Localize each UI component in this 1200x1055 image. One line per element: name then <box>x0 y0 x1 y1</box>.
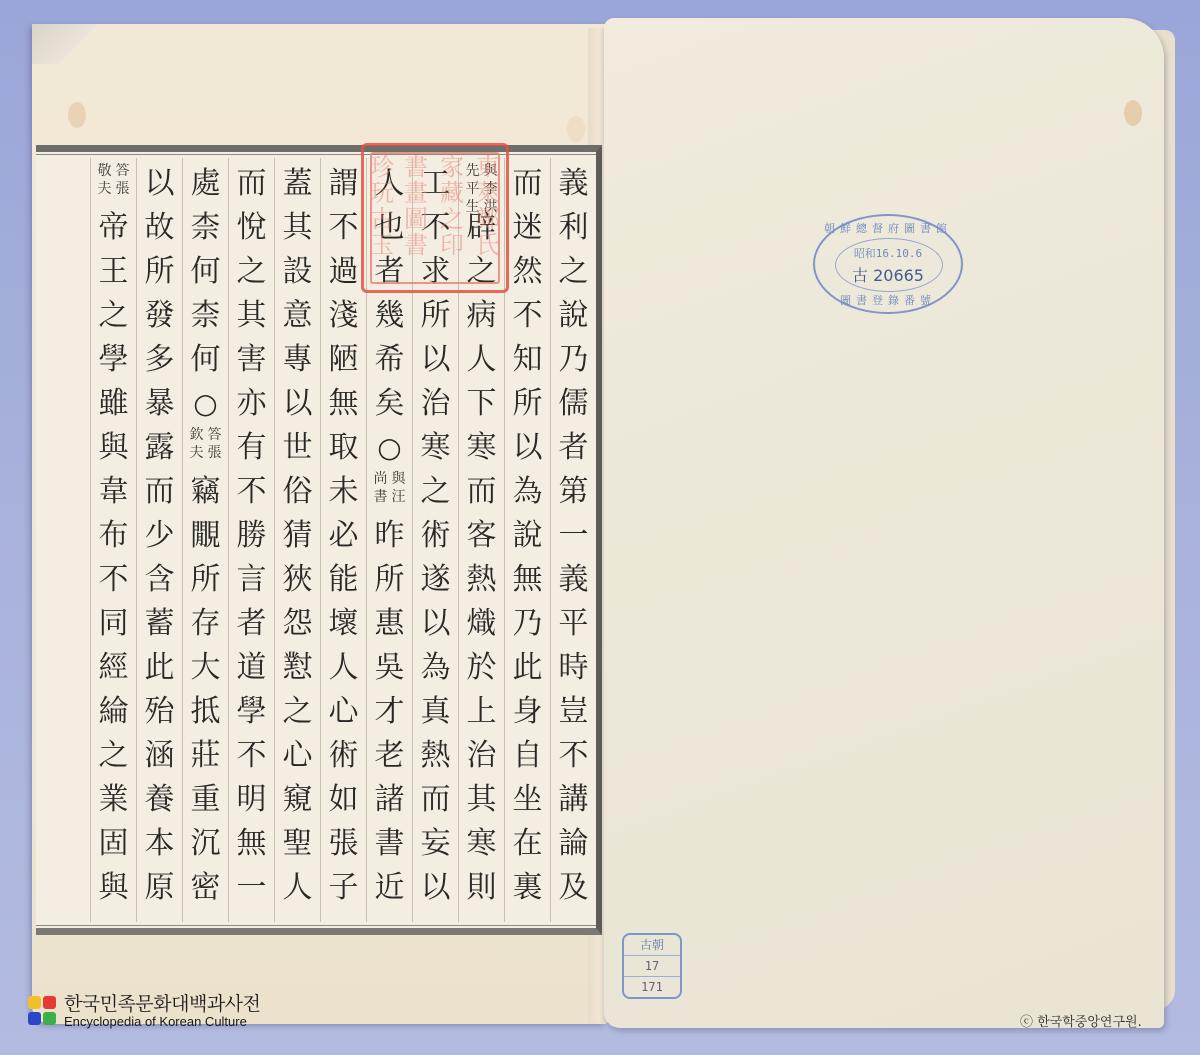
character: 謂 <box>329 162 359 206</box>
character: 無 <box>513 558 543 602</box>
character: 竊 <box>191 470 221 514</box>
character: 何 <box>191 338 221 382</box>
text-column: 以故所發多暴露而少含蓄此殆涵養本原 <box>136 158 182 922</box>
character: 意 <box>283 294 313 338</box>
character: 以 <box>421 338 451 382</box>
character: 諸 <box>375 778 405 822</box>
character: 何 <box>191 250 221 294</box>
character: 一 <box>237 866 267 910</box>
character: 不 <box>329 206 359 250</box>
character: 露 <box>145 426 175 470</box>
character: 少 <box>145 514 175 558</box>
character: 過 <box>329 250 359 294</box>
character: 之 <box>237 250 267 294</box>
character: 於 <box>467 646 497 690</box>
character: 雖 <box>99 382 129 426</box>
character: 治 <box>421 382 451 426</box>
character: 人 <box>329 646 359 690</box>
character: 義 <box>559 558 589 602</box>
character: 說 <box>513 514 543 558</box>
interlinear-note: 答張欽夫 <box>190 426 222 470</box>
text-column: 工不求所以治寒之術遂以為真熱而妄以 <box>412 158 458 922</box>
character: 明 <box>237 778 267 822</box>
character: 近 <box>375 866 405 910</box>
character: 以 <box>421 602 451 646</box>
character: 而 <box>145 470 175 514</box>
character: 與 <box>99 426 129 470</box>
character: 道 <box>237 646 267 690</box>
character: 養 <box>145 778 175 822</box>
character: 寒 <box>421 426 451 470</box>
character: 專 <box>283 338 313 382</box>
character: 講 <box>559 778 589 822</box>
logo-english-title: Encyclopedia of Korean Culture <box>64 1015 260 1029</box>
text-column: 與李洪先平生辟之病人下寒而客熱熾於上治其寒則 <box>458 158 504 922</box>
character: 猜 <box>283 514 313 558</box>
folded-corner <box>32 24 102 64</box>
stamp-ring-top-text: 朝鮮總督府圖書館 <box>815 220 961 236</box>
character: 之 <box>283 690 313 734</box>
character: 密 <box>191 866 221 910</box>
character: 以 <box>513 426 543 470</box>
character: ○ <box>377 426 401 470</box>
logo-mark-icon <box>28 996 58 1028</box>
character: 也 <box>375 206 405 250</box>
printed-text-frame: 義利之說乃儒者第一義平時豈不講論及而迷然不知所以為說無乃此身自坐在裏與李洪先平生… <box>36 145 602 935</box>
character: 真 <box>421 690 451 734</box>
binding-hole-mark <box>68 102 86 128</box>
character: 為 <box>421 646 451 690</box>
character: 者 <box>559 426 589 470</box>
text-column: 答張敬夫帝王之學雖與韋布不同經綸之業固與 <box>90 158 136 922</box>
character: 不 <box>421 206 451 250</box>
character: 殆 <box>145 690 175 734</box>
character: 聖 <box>283 822 313 866</box>
text-column: 蓋其設意專以世俗猜狹怨懟之心窺聖人 <box>274 158 320 922</box>
character: 書 <box>375 822 405 866</box>
character: 之 <box>99 294 129 338</box>
character: 懟 <box>283 646 313 690</box>
character: 如 <box>329 778 359 822</box>
character: 發 <box>145 294 175 338</box>
character: 不 <box>237 470 267 514</box>
character: 知 <box>513 338 543 382</box>
character: ○ <box>193 382 217 426</box>
character: 術 <box>421 514 451 558</box>
character: 窺 <box>283 778 313 822</box>
character: 所 <box>191 558 221 602</box>
stamp-date: 昭和16.10.6 <box>815 245 961 261</box>
character: 所 <box>145 250 175 294</box>
binding-hole-mark <box>567 116 585 142</box>
character: 病 <box>467 294 497 338</box>
character: 覵 <box>191 514 221 558</box>
character: 者 <box>375 250 405 294</box>
character: 人 <box>375 162 405 206</box>
character: 怨 <box>283 602 313 646</box>
character: 經 <box>99 646 129 690</box>
character: 然 <box>513 250 543 294</box>
text-column: 義利之說乃儒者第一義平時豈不講論及 <box>550 158 596 922</box>
character: 悅 <box>237 206 267 250</box>
character: 辟 <box>467 206 497 250</box>
character: 而 <box>513 162 543 206</box>
text-column: 謂不過淺陋無取未必能壞人心術如張子 <box>320 158 366 922</box>
character: 子 <box>329 866 359 910</box>
character: 張 <box>329 822 359 866</box>
character: 此 <box>145 646 175 690</box>
character: 之 <box>99 734 129 778</box>
call-number-stamp: 古朝 17 171 <box>622 933 682 999</box>
character: 寒 <box>467 426 497 470</box>
character: 能 <box>329 558 359 602</box>
character: 為 <box>513 470 543 514</box>
interlinear-note: 與汪尚書 <box>374 470 406 514</box>
character: 下 <box>467 382 497 426</box>
character: 勝 <box>237 514 267 558</box>
character: 一 <box>559 514 589 558</box>
character: 則 <box>467 866 497 910</box>
character: 求 <box>421 250 451 294</box>
character: 綸 <box>99 690 129 734</box>
character: 其 <box>467 778 497 822</box>
call-stamp-line1: 17 <box>624 956 680 977</box>
character: 客 <box>467 514 497 558</box>
character: 術 <box>329 734 359 778</box>
text-columns: 義利之說乃儒者第一義平時豈不講論及而迷然不知所以為說無乃此身自坐在裏與李洪先平生… <box>40 158 596 922</box>
character: 莊 <box>191 734 221 778</box>
character: 壞 <box>329 602 359 646</box>
character: 取 <box>329 426 359 470</box>
character: 乃 <box>559 338 589 382</box>
character: 不 <box>559 734 589 778</box>
character: 義 <box>559 162 589 206</box>
character: 熾 <box>467 602 497 646</box>
character: 俗 <box>283 470 313 514</box>
character: 未 <box>329 470 359 514</box>
character: 迷 <box>513 206 543 250</box>
character: 言 <box>237 558 267 602</box>
character: 所 <box>375 558 405 602</box>
character: 狹 <box>283 558 313 602</box>
stamp-ring-bottom-text: 圖書登錄番號 <box>815 292 961 308</box>
character: 之 <box>421 470 451 514</box>
character: 存 <box>191 602 221 646</box>
stamp-number: 古 20665 <box>815 263 961 286</box>
character: 而 <box>467 470 497 514</box>
character: 沉 <box>191 822 221 866</box>
character: 以 <box>145 162 175 206</box>
character: 昨 <box>375 514 405 558</box>
library-registration-stamp: 朝鮮總督府圖書館 昭和16.10.6 古 20665 圖書登錄番號 <box>813 214 963 314</box>
character: 無 <box>329 382 359 426</box>
character: 上 <box>467 690 497 734</box>
character: 不 <box>513 294 543 338</box>
character: 身 <box>513 690 543 734</box>
character: 害 <box>237 338 267 382</box>
character: 遂 <box>421 558 451 602</box>
character: 抵 <box>191 690 221 734</box>
encyclopedia-logo: 한국민족문화대백과사전 Encyclopedia of Korean Cultu… <box>28 994 260 1029</box>
character: 其 <box>283 206 313 250</box>
character: 所 <box>421 294 451 338</box>
character: 學 <box>237 690 267 734</box>
character: 乃 <box>513 602 543 646</box>
character: 豈 <box>559 690 589 734</box>
character: 老 <box>375 734 405 778</box>
character: 業 <box>99 778 129 822</box>
character: 無 <box>237 822 267 866</box>
character: 熱 <box>421 734 451 778</box>
character: 固 <box>99 822 129 866</box>
character: 陋 <box>329 338 359 382</box>
character: 妄 <box>421 822 451 866</box>
character: 柰 <box>191 206 221 250</box>
interlinear-note: 與李洪先平生 <box>466 162 498 206</box>
character: 蓋 <box>283 162 313 206</box>
character: 所 <box>513 382 543 426</box>
character: 重 <box>191 778 221 822</box>
character: 帝 <box>99 206 129 250</box>
character: 淺 <box>329 294 359 338</box>
character: 時 <box>559 646 589 690</box>
character: 其 <box>237 294 267 338</box>
character: 涵 <box>145 734 175 778</box>
character: 本 <box>145 822 175 866</box>
interlinear-note: 答張敬夫 <box>98 162 130 206</box>
character: 必 <box>329 514 359 558</box>
character: 以 <box>421 866 451 910</box>
character: 希 <box>375 338 405 382</box>
character: 自 <box>513 734 543 778</box>
character: 不 <box>99 558 129 602</box>
character: 學 <box>99 338 129 382</box>
character: 人 <box>467 338 497 382</box>
character: 吳 <box>375 646 405 690</box>
character: 幾 <box>375 294 405 338</box>
character: 第 <box>559 470 589 514</box>
character: 心 <box>283 734 313 778</box>
character: 工 <box>421 162 451 206</box>
character: 以 <box>283 382 313 426</box>
text-column: 處柰何柰何○答張欽夫竊覵所存大抵莊重沉密 <box>182 158 228 922</box>
character: 大 <box>191 646 221 690</box>
character: 治 <box>467 734 497 778</box>
character: 儒 <box>559 382 589 426</box>
character: 矣 <box>375 382 405 426</box>
text-column: 而悅之其害亦有不勝言者道學不明無一 <box>228 158 274 922</box>
character: 蓄 <box>145 602 175 646</box>
character: 心 <box>329 690 359 734</box>
call-stamp-header: 古朝 <box>624 935 680 956</box>
character: 論 <box>559 822 589 866</box>
character: 王 <box>99 250 129 294</box>
character: 與 <box>99 866 129 910</box>
character: 有 <box>237 426 267 470</box>
character: 人 <box>283 866 313 910</box>
character: 多 <box>145 338 175 382</box>
character: 及 <box>559 866 589 910</box>
call-stamp-line2: 171 <box>624 977 680 997</box>
character: 故 <box>145 206 175 250</box>
character: 韋 <box>99 470 129 514</box>
character: 世 <box>283 426 313 470</box>
character: 才 <box>375 690 405 734</box>
character: 利 <box>559 206 589 250</box>
character: 平 <box>559 602 589 646</box>
character: 之 <box>467 250 497 294</box>
character: 者 <box>237 602 267 646</box>
character: 而 <box>421 778 451 822</box>
character: 亦 <box>237 382 267 426</box>
character: 布 <box>99 514 129 558</box>
character: 此 <box>513 646 543 690</box>
character: 暴 <box>145 382 175 426</box>
character: 惠 <box>375 602 405 646</box>
character: 柰 <box>191 294 221 338</box>
character: 說 <box>559 294 589 338</box>
character: 不 <box>237 734 267 778</box>
character: 設 <box>283 250 313 294</box>
character: 含 <box>145 558 175 602</box>
text-column: 人也者幾希矣○與汪尚書昨所惠吳才老諸書近 <box>366 158 412 922</box>
character: 同 <box>99 602 129 646</box>
character: 原 <box>145 866 175 910</box>
character: 處 <box>191 162 221 206</box>
logo-korean-title: 한국민족문화대백과사전 <box>64 994 260 1015</box>
text-column: 而迷然不知所以為說無乃此身自坐在裏 <box>504 158 550 922</box>
character: 裏 <box>513 866 543 910</box>
character: 在 <box>513 822 543 866</box>
right-page-cover-leaf <box>604 18 1164 1028</box>
character: 而 <box>237 162 267 206</box>
character: 熱 <box>467 558 497 602</box>
copyright-text: ⓒ 한국학중앙연구원. <box>1020 1011 1142 1030</box>
character: 坐 <box>513 778 543 822</box>
stain-mark <box>1124 100 1142 126</box>
character: 之 <box>559 250 589 294</box>
character: 寒 <box>467 822 497 866</box>
